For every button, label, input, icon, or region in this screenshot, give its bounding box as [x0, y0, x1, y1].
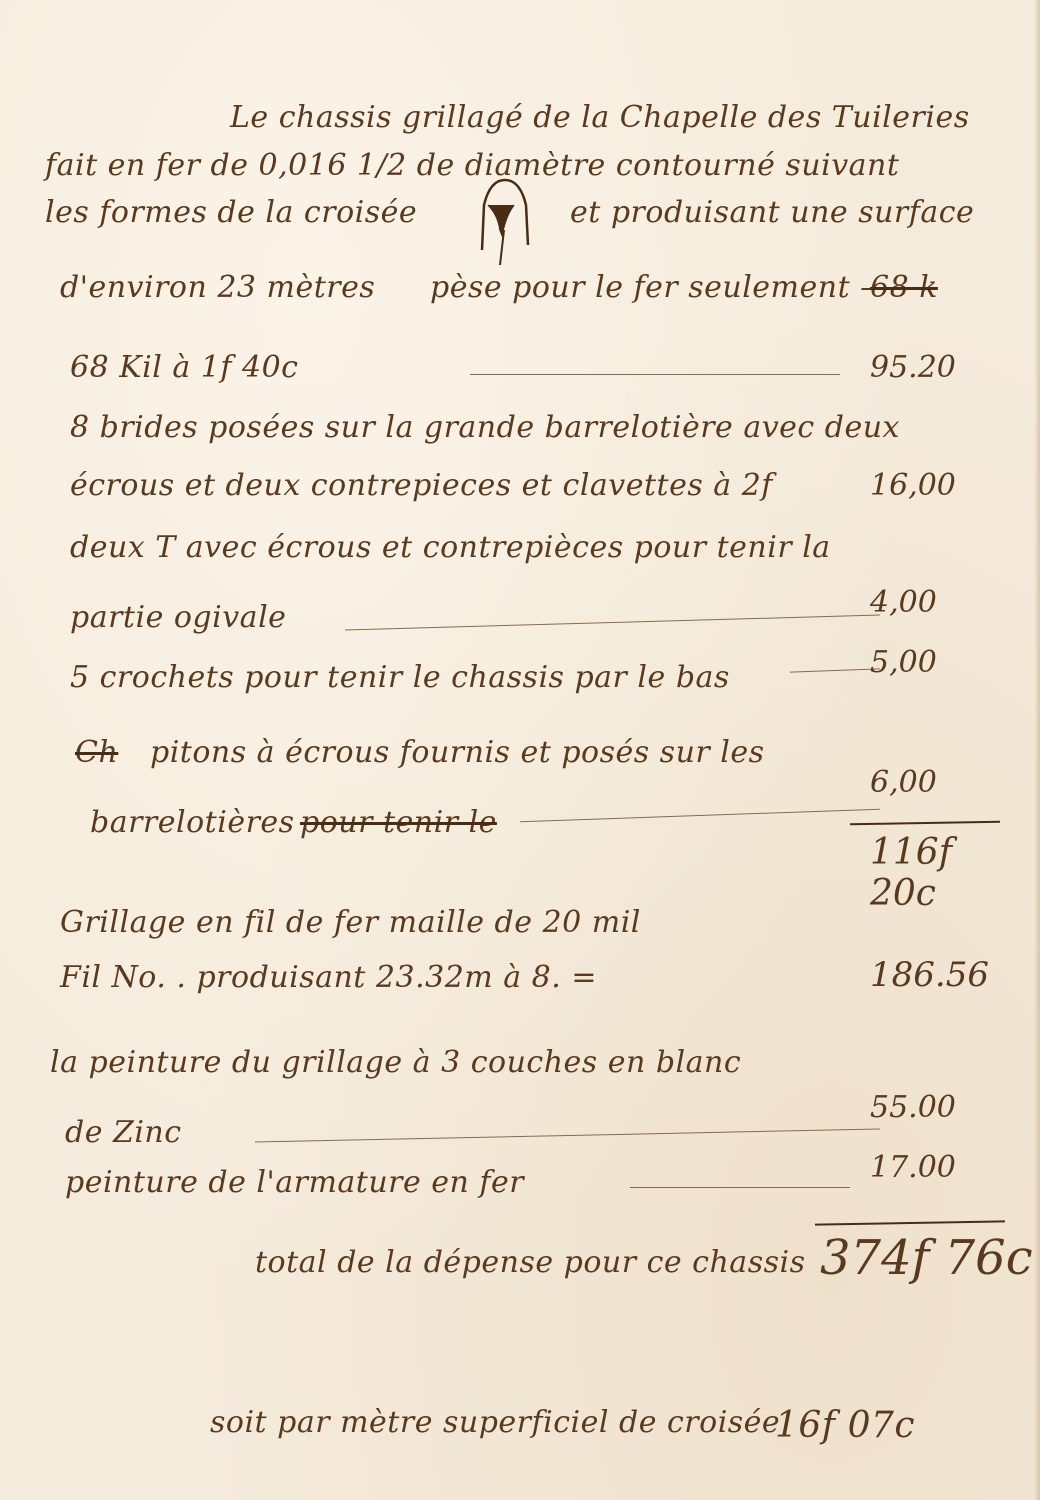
subtotal-rule	[850, 821, 1000, 826]
leader-line	[470, 374, 840, 375]
leader-line	[520, 809, 880, 823]
item-amount: 5,00	[870, 645, 990, 680]
item-amount: 6,00	[870, 765, 990, 800]
paper-edge	[1034, 0, 1040, 1500]
item-amount: 4,00	[870, 585, 990, 620]
manuscript-page: Le chassis grillagé de la Chapelle des T…	[0, 0, 1040, 1500]
subtotal-amount: 116f 20c	[870, 832, 990, 914]
leader-line	[630, 1187, 850, 1188]
ogival-window-sketch-icon	[470, 175, 540, 265]
item-amount: 55.00	[870, 1090, 990, 1125]
item-amount: 186.56	[870, 955, 990, 995]
item-amount: 95.20	[870, 350, 990, 385]
item-amount: 16,00	[870, 468, 990, 503]
leader-line	[345, 615, 880, 631]
leader-line	[255, 1128, 880, 1142]
item-amount: 17.00	[870, 1150, 990, 1185]
total-rule	[815, 1220, 1005, 1225]
per-meter-amount: 16f 07c	[775, 1405, 915, 1446]
total-amount: 374f 76c	[820, 1230, 1033, 1286]
leader-line	[790, 668, 880, 672]
struck-weight: 68 k	[870, 270, 938, 305]
